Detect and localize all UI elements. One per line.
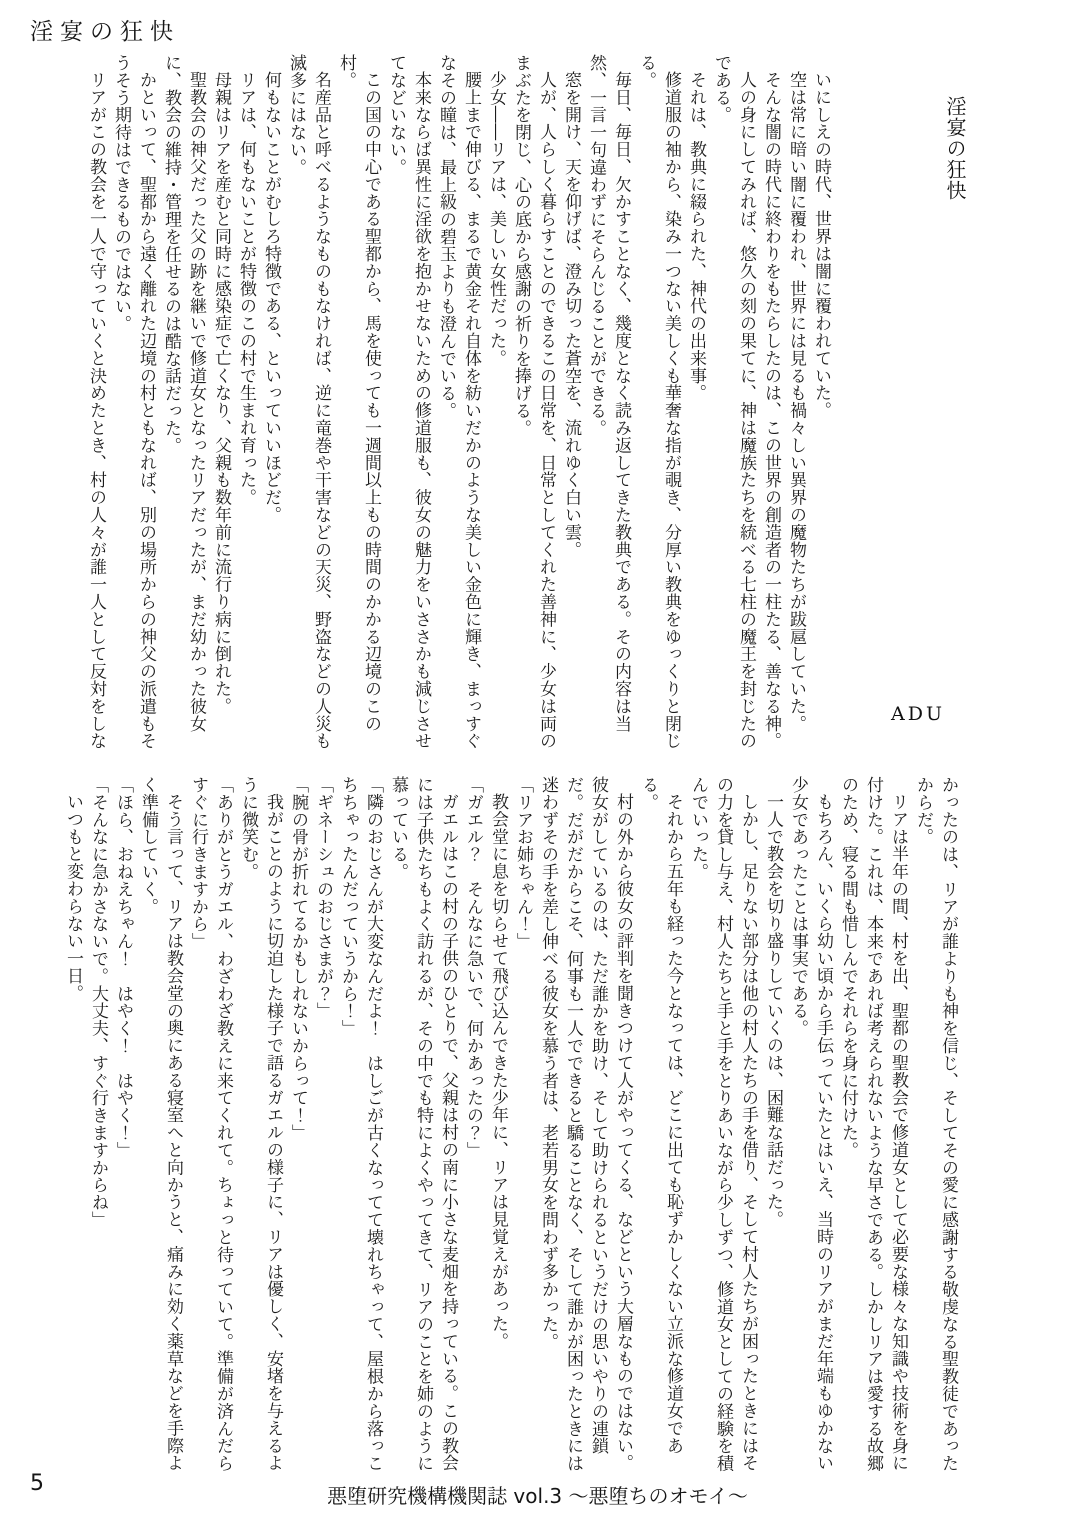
story-paragraph: 何もないことがむしろ特徴である、といっていいほどだ。: [258, 54, 283, 752]
story-paragraph: 本来ならば異性に淫欲を抱かせないための修道服も、彼女の魅力をいささかも減じさせて…: [383, 54, 433, 752]
author-name: ADU: [891, 703, 945, 725]
story-paragraph: この国の中心である聖都から、馬を使っても一週間以上もの時間のかかる辺境のこの村。: [333, 54, 383, 752]
story-paragraph: 我がことのように切迫した様子で語るガエルの様子に、リアは優しく、安堵を与えるよう…: [235, 776, 285, 1476]
story-paragraph: リアがこの教会を一人で守っていくと決めたとき、村の人々が誰一人として反対をしな: [83, 54, 108, 752]
story-paragraph: 人の身にしてみれば、悠久の刻の果てに、神は魔族たちを統べる七柱の魔王を封じたので…: [708, 54, 758, 752]
story-paragraph: 「腕の骨が折れてるかもしれないからって！」: [285, 776, 310, 1476]
story-paragraph: 腰上まで伸びる、まるで黄金それ自体を紡いだかのような美しい金色に輝き、まっすぐな…: [433, 54, 483, 752]
story-paragraph: そんな闇の時代に終わりをもたらしたのは、この世界の創造者の一柱たる、善なる神。: [758, 54, 783, 752]
story-paragraph: いにしえの時代、世界は闇に覆われていた。: [808, 54, 833, 752]
story-paragraph: 教会堂に息を切らせて飛び込んできた少年に、リアは見覚えがあった。: [485, 776, 510, 1476]
bottom-text-block: かったのは、リアが誰よりも神を信じ、そしてその愛に感謝する敬虔なる聖教徒であった…: [60, 776, 960, 1476]
story-paragraph: 彼女がしているのは、ただ誰かを助け、そして助けられるというだけの思いやりの連鎖だ…: [535, 776, 610, 1476]
story-paragraph: リアは半年の間、村を出、聖都の聖教会で修道女として必要な様々な知識や技術を身に付…: [835, 776, 910, 1476]
story-paragraph: 「隣のおじさんが大変なんだよ！ はしごが古くなってて壊れちゃって、屋根から落っこ…: [335, 776, 385, 1476]
story-paragraph: それは、教典に綴られた、神代の出来事。: [683, 54, 708, 752]
page-number: 5: [30, 1471, 44, 1496]
story-paragraph: 窓を開け、天を仰げば、澄み切った蒼空を、流れゆく白い雲。: [558, 54, 583, 752]
story-paragraph: かったのは、リアが誰よりも神を信じ、そしてその愛に感謝する敬虔なる聖教徒であった…: [910, 776, 960, 1476]
story-paragraph: 名産品と呼べるようなものもなければ、逆に竜巻や干害などの天災、野盗などの人災も滅…: [283, 54, 333, 752]
story-paragraph: 「ありがとうガエル、わざわざ教えに来てくれて。ちょっと待っていて。準備が済んだら…: [185, 776, 235, 1476]
story-paragraph: 「そんなに急かさないで。大丈夫、すぐ行きますからね」: [85, 776, 110, 1476]
story-paragraph: 「ほら、おねえちゃん！ はやく！ はやく！」: [110, 776, 135, 1476]
story-paragraph: ガエルはこの村の子供のひとりで、父親は村の南に小さな麦畑を持っている。この教会に…: [385, 776, 460, 1476]
story-paragraph: 「リアお姉ちゃん！」: [510, 776, 535, 1476]
story-paragraph: 聖教会の神父だった父の跡を継いで修道女となったリアだったが、まだ幼かった彼女に、…: [158, 54, 208, 752]
story-paragraph: かといって、聖都から遠く離れた辺境の村ともなれば、別の場所からの神父の派遣もそう…: [108, 54, 158, 752]
story-paragraph: 少女――リアは、美しい女性だった。: [483, 54, 508, 752]
story-paragraph: それから五年も経った今となっては、どこに出ても恥ずかしくない立派な修道女である。: [635, 776, 685, 1476]
story-title: 淫宴の狂快: [941, 96, 970, 516]
running-header-title: 淫宴の狂快: [30, 13, 180, 46]
story-paragraph: 人が、人らしく暮らすことのできるこの日常を、日常としてくれた善神に、少女は両のま…: [508, 54, 558, 752]
story-paragraph: そう言って、リアは教会堂の奥にある寝室へと向かうと、痛みに効く薬草などを手際よく…: [135, 776, 185, 1476]
story-paragraph: しかし、足りない部分は他の村人たちの手を借り、そして村人たちが困ったときにはその…: [685, 776, 760, 1476]
story-paragraph: もちろん、いくら幼い頃から手伝っていたとはいえ、当時のリアがまだ年端もゆかない少…: [785, 776, 835, 1476]
footer-journal-title: 悪堕研究機構機関誌 vol.3 〜悪堕ちのオモイ〜: [0, 1480, 1075, 1509]
story-paragraph: 修道服の袖から、染み一つない美しくも華奢な指が覗き、分厚い教典をゆっくりと閉じる…: [633, 54, 683, 752]
story-paragraph: リアは、何もないことが特徴のこの村で生まれ育った。: [233, 54, 258, 752]
story-paragraph: 一人で教会を切り盛りしていくのは、困難な話だった。: [760, 776, 785, 1476]
story-paragraph: 母親はリアを産むと同時に感染症で亡くなり、父親も数年前に流行り病に倒れた。: [208, 54, 233, 752]
page: 淫宴の狂快 淫宴の狂快 ADU いにしえの時代、世界は闇に覆われていた。空は常に…: [0, 0, 1075, 1518]
story-paragraph: 村の外から彼女の評判を聞きつけて人がやってくる、などという大層なものではない。: [610, 776, 635, 1476]
story-paragraph: 毎日、毎日、欠かすことなく、幾度となく読み返してきた教典である。その内容は当然、…: [583, 54, 633, 752]
story-paragraph: 空は常に暗い闇に覆われ、世界には見るも禍々しい異界の魔物たちが跋扈していた。: [783, 54, 808, 752]
story-paragraph: いつもと変わらない一日。: [60, 776, 85, 1476]
story-paragraph: 「ガエル？ そんなに急いで、何かあったの？」: [460, 776, 485, 1476]
top-text-block: いにしえの時代、世界は闇に覆われていた。空は常に暗い闇に覆われ、世界には見るも禍…: [83, 54, 833, 752]
story-paragraph: 「ギネーシュのおじさまが？」: [310, 776, 335, 1476]
